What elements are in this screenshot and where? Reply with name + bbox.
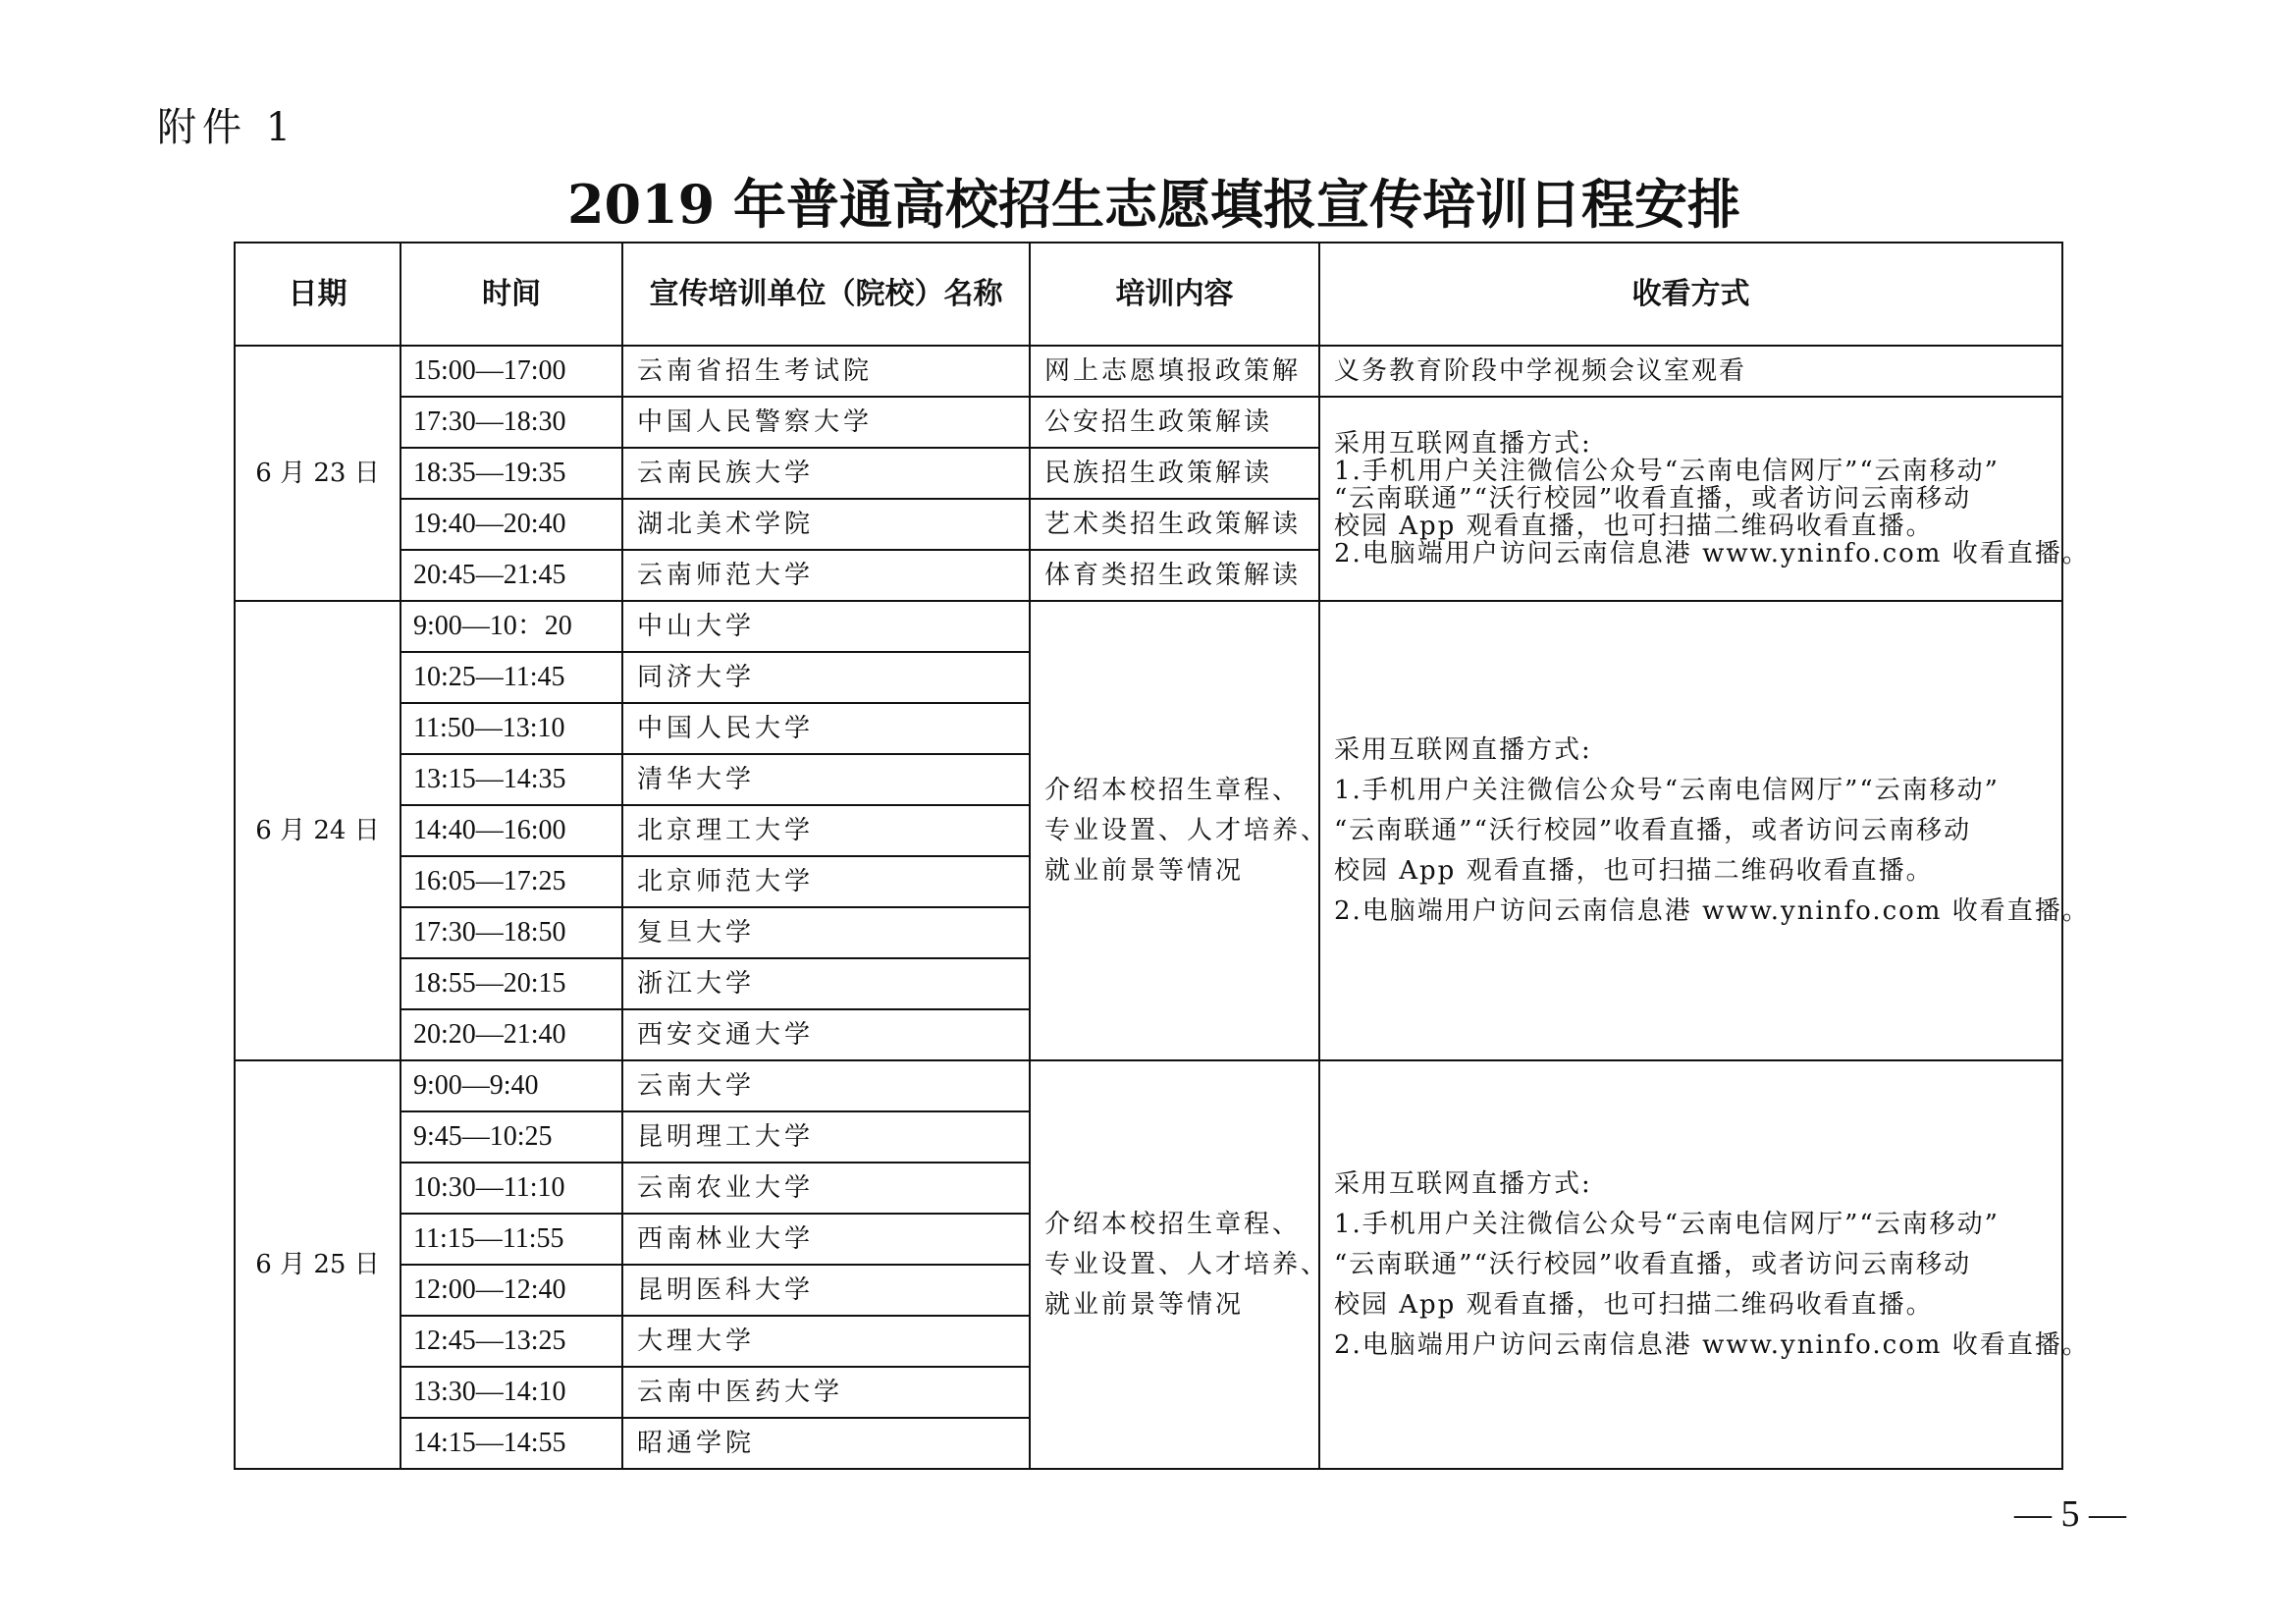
watch-line: 2.电脑端用户访问云南信息港 www.yninfo.com 收看直播。 <box>1334 892 2054 932</box>
time-cell: 14:15—14:55 <box>400 1418 622 1469</box>
date-cell: 6 月 24 日 <box>235 601 400 1060</box>
time-cell: 15:00—17:00 <box>400 346 622 397</box>
content-cell: 介绍本校招生章程、 专业设置、人才培养、 就业前景等情况 <box>1030 1060 1319 1469</box>
unit-cell: 昆明医科大学 <box>622 1265 1030 1316</box>
unit-cell: 同济大学 <box>622 652 1030 703</box>
watch-line: “云南联通”“沃行校园”收看直播，或者访问云南移动 <box>1334 1245 2054 1285</box>
time-cell: 9:45—10:25 <box>400 1111 622 1163</box>
content-cell: 艺术类招生政策解读 <box>1030 499 1319 550</box>
content-cell: 网上志愿填报政策解 <box>1030 346 1319 397</box>
content-cell: 民族招生政策解读 <box>1030 448 1319 499</box>
time-cell: 17:30—18:50 <box>400 907 622 958</box>
watch-line: 采用互联网直播方式: <box>1334 731 2054 771</box>
header-date: 日期 <box>235 243 400 346</box>
watch-line: 1.手机用户关注微信公众号“云南电信网厅”“云南移动” <box>1334 1205 2054 1245</box>
time-cell: 18:55—20:15 <box>400 958 622 1009</box>
document-title: 2019 年普通高校招生志愿填报宣传培训日程安排 <box>0 173 2296 236</box>
watch-method-cell: 采用互联网直播方式: 1.手机用户关注微信公众号“云南电信网厅”“云南移动” “… <box>1319 1060 2062 1469</box>
unit-cell: 浙江大学 <box>622 958 1030 1009</box>
watch-line: “云南联通”“沃行校园”收看直播，或者访问云南移动 <box>1334 811 2054 851</box>
time-cell: 9:00—9:40 <box>400 1060 622 1111</box>
content-line: 专业设置、人才培养、 <box>1044 1245 1318 1285</box>
content-cell: 体育类招生政策解读 <box>1030 550 1319 601</box>
content-line: 专业设置、人才培养、 <box>1044 811 1318 851</box>
date-cell: 6 月 23 日 <box>235 346 400 601</box>
schedule-table: 日期 时间 宣传培训单位（院校）名称 培训内容 收看方式 6 月 23 日 15… <box>234 242 2063 1470</box>
time-cell: 20:20—21:40 <box>400 1009 622 1060</box>
unit-cell: 北京理工大学 <box>622 805 1030 856</box>
time-cell: 17:30—18:30 <box>400 397 622 448</box>
time-cell: 19:40—20:40 <box>400 499 622 550</box>
unit-cell: 西安交通大学 <box>622 1009 1030 1060</box>
unit-cell: 云南农业大学 <box>622 1163 1030 1214</box>
time-cell: 11:15—11:55 <box>400 1214 622 1265</box>
unit-cell: 云南民族大学 <box>622 448 1030 499</box>
time-cell: 9:00—10：20 <box>400 601 622 652</box>
unit-cell: 云南中医药大学 <box>622 1367 1030 1418</box>
watch-line: 校园 App 观看直播，也可扫描二维码收看直播。 <box>1334 851 2054 892</box>
unit-cell: 北京师范大学 <box>622 856 1030 907</box>
time-cell: 12:45—13:25 <box>400 1316 622 1367</box>
unit-cell: 云南师范大学 <box>622 550 1030 601</box>
table-header-row: 日期 时间 宣传培训单位（院校）名称 培训内容 收看方式 <box>235 243 2062 346</box>
time-cell: 14:40—16:00 <box>400 805 622 856</box>
content-cell: 公安招生政策解读 <box>1030 397 1319 448</box>
watch-method-cell: 采用互联网直播方式: 1.手机用户关注微信公众号“云南电信网厅”“云南移动” “… <box>1319 397 2062 601</box>
content-line: 就业前景等情况 <box>1044 851 1318 892</box>
unit-cell: 中山大学 <box>622 601 1030 652</box>
time-cell: 13:30—14:10 <box>400 1367 622 1418</box>
unit-cell: 中国人民警察大学 <box>622 397 1030 448</box>
watch-line: 采用互联网直播方式: <box>1334 430 2054 458</box>
unit-cell: 云南大学 <box>622 1060 1030 1111</box>
watch-line: 校园 App 观看直播，也可扫描二维码收看直播。 <box>1334 513 2054 540</box>
time-cell: 20:45—21:45 <box>400 550 622 601</box>
unit-cell: 西南林业大学 <box>622 1214 1030 1265</box>
content-line: 介绍本校招生章程、 <box>1044 771 1318 811</box>
table-row: 6 月 24 日 9:00—10：20 中山大学 介绍本校招生章程、 专业设置、… <box>235 601 2062 652</box>
time-cell: 13:15—14:35 <box>400 754 622 805</box>
table-row: 6 月 23 日 15:00—17:00 云南省招生考试院 网上志愿填报政策解 … <box>235 346 2062 397</box>
content-cell: 介绍本校招生章程、 专业设置、人才培养、 就业前景等情况 <box>1030 601 1319 1060</box>
watch-line: 1.手机用户关注微信公众号“云南电信网厅”“云南移动” <box>1334 771 2054 811</box>
header-time: 时间 <box>400 243 622 346</box>
watch-method-cell: 采用互联网直播方式: 1.手机用户关注微信公众号“云南电信网厅”“云南移动” “… <box>1319 601 2062 1060</box>
unit-cell: 清华大学 <box>622 754 1030 805</box>
date-cell: 6 月 25 日 <box>235 1060 400 1469</box>
content-line: 就业前景等情况 <box>1044 1285 1318 1326</box>
unit-cell: 云南省招生考试院 <box>622 346 1030 397</box>
header-content: 培训内容 <box>1030 243 1319 346</box>
header-watch-method: 收看方式 <box>1319 243 2062 346</box>
watch-line: 2.电脑端用户访问云南信息港 www.yninfo.com 收看直播。 <box>1334 540 2054 568</box>
watch-line: “云南联通”“沃行校园”收看直播，或者访问云南移动 <box>1334 485 2054 513</box>
table-row: 6 月 25 日 9:00—9:40 云南大学 介绍本校招生章程、 专业设置、人… <box>235 1060 2062 1111</box>
unit-cell: 湖北美术学院 <box>622 499 1030 550</box>
time-cell: 11:50—13:10 <box>400 703 622 754</box>
content-line: 介绍本校招生章程、 <box>1044 1205 1318 1245</box>
page-number: — 5 — <box>2014 1494 2126 1534</box>
unit-cell: 中国人民大学 <box>622 703 1030 754</box>
unit-cell: 昭通学院 <box>622 1418 1030 1469</box>
attachment-label: 附件 1 <box>157 104 296 151</box>
watch-line: 采用互联网直播方式: <box>1334 1164 2054 1205</box>
watch-line: 校园 App 观看直播，也可扫描二维码收看直播。 <box>1334 1285 2054 1326</box>
unit-cell: 复旦大学 <box>622 907 1030 958</box>
unit-cell: 大理大学 <box>622 1316 1030 1367</box>
table-row: 17:30—18:30 中国人民警察大学 公安招生政策解读 采用互联网直播方式:… <box>235 397 2062 448</box>
unit-cell: 昆明理工大学 <box>622 1111 1030 1163</box>
time-cell: 18:35—19:35 <box>400 448 622 499</box>
watch-line: 1.手机用户关注微信公众号“云南电信网厅”“云南移动” <box>1334 458 2054 485</box>
watch-line: 2.电脑端用户访问云南信息港 www.yninfo.com 收看直播。 <box>1334 1326 2054 1366</box>
time-cell: 10:25—11:45 <box>400 652 622 703</box>
time-cell: 16:05—17:25 <box>400 856 622 907</box>
watch-method-cell: 义务教育阶段中学视频会议室观看 <box>1319 346 2062 397</box>
time-cell: 10:30—11:10 <box>400 1163 622 1214</box>
time-cell: 12:00—12:40 <box>400 1265 622 1316</box>
header-unit: 宣传培训单位（院校）名称 <box>622 243 1030 346</box>
